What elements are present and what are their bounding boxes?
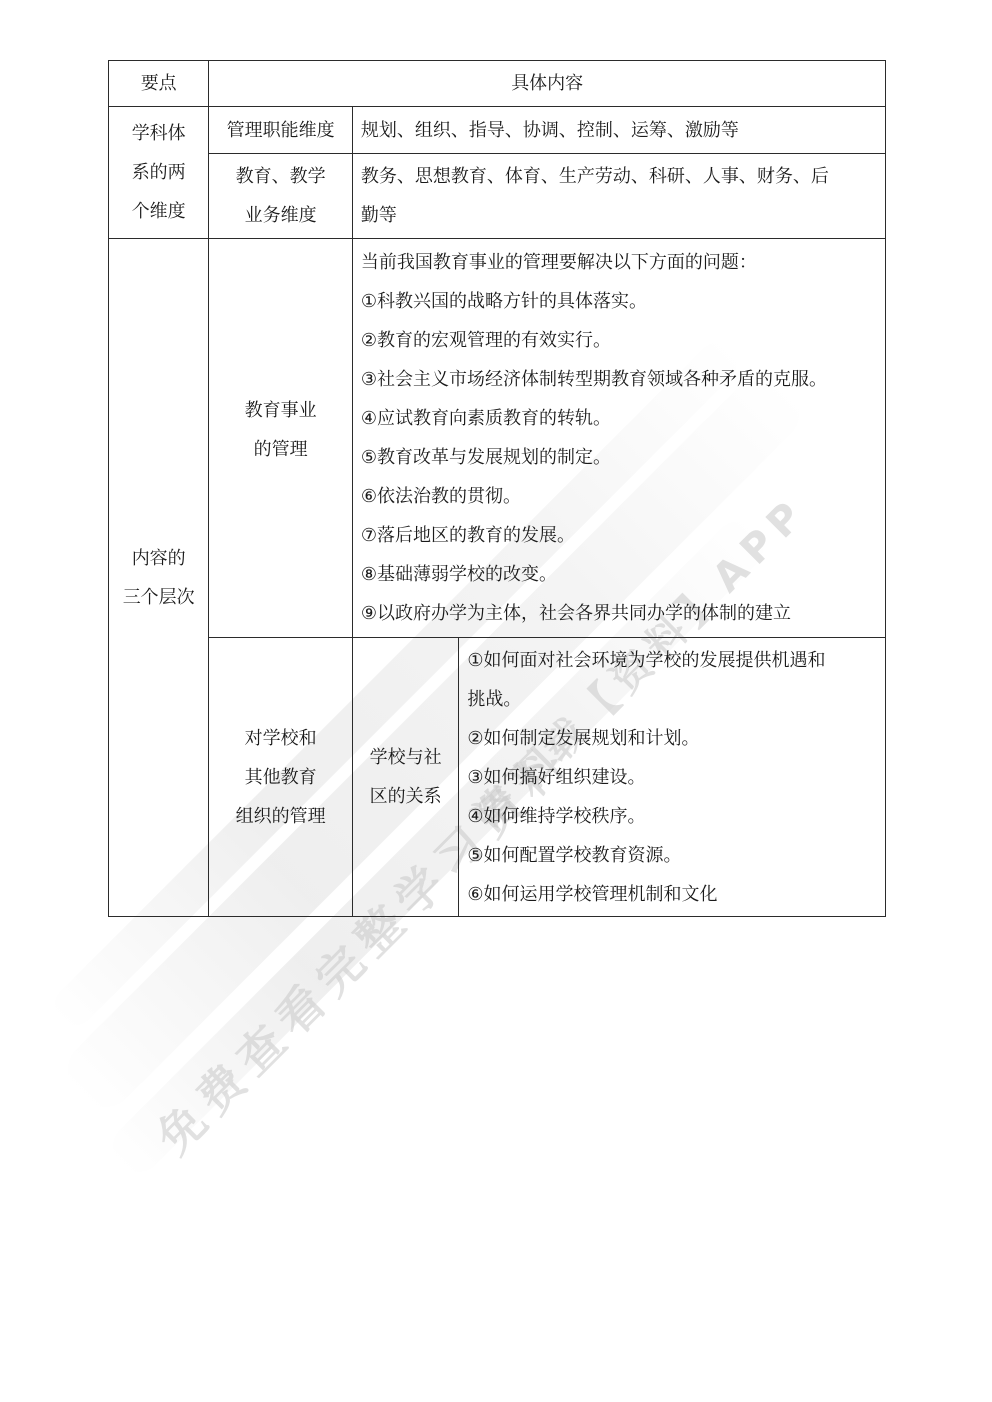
level1-content-line: ①科教兴国的战略方针的具体落实。 — [361, 282, 879, 321]
table-row: 学科体 系的两 个维度 管理职能维度 规划、组织、指导、协调、控制、运筹、激励等 — [109, 107, 886, 154]
level1-content-line: ②教育的宏观管理的有效实行。 — [361, 321, 879, 360]
dimension-label: 业务维度 — [209, 196, 352, 235]
level2-subtitle: 学校与社 区的关系 — [352, 638, 458, 917]
content-table: 要点 具体内容 学科体 系的两 个维度 管理职能维度 规划、组织、指导、协调、控… — [108, 60, 886, 917]
section1-label-line: 个维度 — [109, 192, 208, 231]
header-details: 具体内容 — [209, 61, 886, 107]
level2-subtitle-line: 学校与社 — [353, 738, 458, 777]
level1-content-line: ⑤教育改革与发展规划的制定。 — [361, 438, 879, 477]
level2-content-line: ②如何制定发展规划和计划。 — [467, 719, 879, 758]
level1-content-line: ⑥依法治教的贯彻。 — [361, 477, 879, 516]
section1-label-line: 系的两 — [109, 153, 208, 192]
dimension-management-function: 管理职能维度 — [209, 107, 353, 154]
level1-content-line: ⑨以政府办学为主体，社会各界共同办学的体制的建立 — [361, 594, 879, 633]
level1-title-line: 教育事业 — [209, 391, 352, 430]
level2-title: 对学校和 其他教育 组织的管理 — [209, 638, 353, 917]
dimension-content-text: 规划、组织、指导、协调、控制、运筹、激励等 — [361, 120, 739, 141]
header-key-points: 要点 — [109, 61, 209, 107]
section2-label-line: 三个层次 — [109, 578, 208, 617]
table-header-row: 要点 具体内容 — [109, 61, 886, 107]
level2-content-line: ③如何搞好组织建设。 — [467, 758, 879, 797]
level1-content-line: ④应试教育向素质教育的转轨。 — [361, 399, 879, 438]
level2-content-line: ⑥如何运用学校管理机制和文化 — [467, 875, 879, 914]
dimension-label: 管理职能维度 — [227, 120, 335, 141]
level2-content-line: ⑤如何配置学校教育资源。 — [467, 836, 879, 875]
level2-subtitle-line: 区的关系 — [353, 777, 458, 816]
level1-content-line: ⑧基础薄弱学校的改变。 — [361, 555, 879, 594]
level2-content: ①如何面对社会环境为学校的发展提供机遇和 挑战。 ②如何制定发展规划和计划。 ③… — [459, 638, 886, 917]
level1-content-line: ⑦落后地区的教育的发展。 — [361, 516, 879, 555]
level2-title-line: 对学校和 — [209, 719, 352, 758]
level2-title-line: 组织的管理 — [209, 797, 352, 836]
dimension-content-text: 教务、思想教育、体育、生产劳动、科研、人事、财务、后 — [361, 157, 879, 196]
table-row: 对学校和 其他教育 组织的管理 学校与社 区的关系 ①如何面对社会环境为学校的发… — [109, 638, 886, 917]
dimension-education-business: 教育、教学 业务维度 — [209, 154, 353, 239]
level2-title-line: 其他教育 — [209, 758, 352, 797]
header-key-points-label: 要点 — [141, 73, 177, 94]
level1-content-line: ③社会主义市场经济体制转型期教育领域各种矛盾的克服。 — [361, 360, 879, 399]
dimension-label: 教育、教学 — [209, 157, 352, 196]
level1-title: 教育事业 的管理 — [209, 239, 353, 638]
table-row: 教育、教学 业务维度 教务、思想教育、体育、生产劳动、科研、人事、财务、后 勤等 — [109, 154, 886, 239]
table-row: 内容的 三个层次 教育事业 的管理 当前我国教育事业的管理要解决以下方面的问题：… — [109, 239, 886, 638]
dimension-content: 教务、思想教育、体育、生产劳动、科研、人事、财务、后 勤等 — [352, 154, 885, 239]
header-details-label: 具体内容 — [511, 73, 583, 94]
section1-label: 学科体 系的两 个维度 — [109, 107, 209, 239]
dimension-content-text: 勤等 — [361, 196, 879, 235]
level1-content: 当前我国教育事业的管理要解决以下方面的问题： ①科教兴国的战略方针的具体落实。 … — [352, 239, 885, 638]
section2-label: 内容的 三个层次 — [109, 239, 209, 917]
level1-title-line: 的管理 — [209, 430, 352, 469]
level2-content-line: 挑战。 — [467, 680, 879, 719]
level2-content-line: ①如何面对社会环境为学校的发展提供机遇和 — [467, 641, 879, 680]
section1-label-line: 学科体 — [109, 114, 208, 153]
dimension-content: 规划、组织、指导、协调、控制、运筹、激励等 — [352, 107, 885, 154]
level1-content-line: 当前我国教育事业的管理要解决以下方面的问题： — [361, 243, 879, 282]
section2-label-line: 内容的 — [109, 539, 208, 578]
level2-content-line: ④如何维持学校秩序。 — [467, 797, 879, 836]
